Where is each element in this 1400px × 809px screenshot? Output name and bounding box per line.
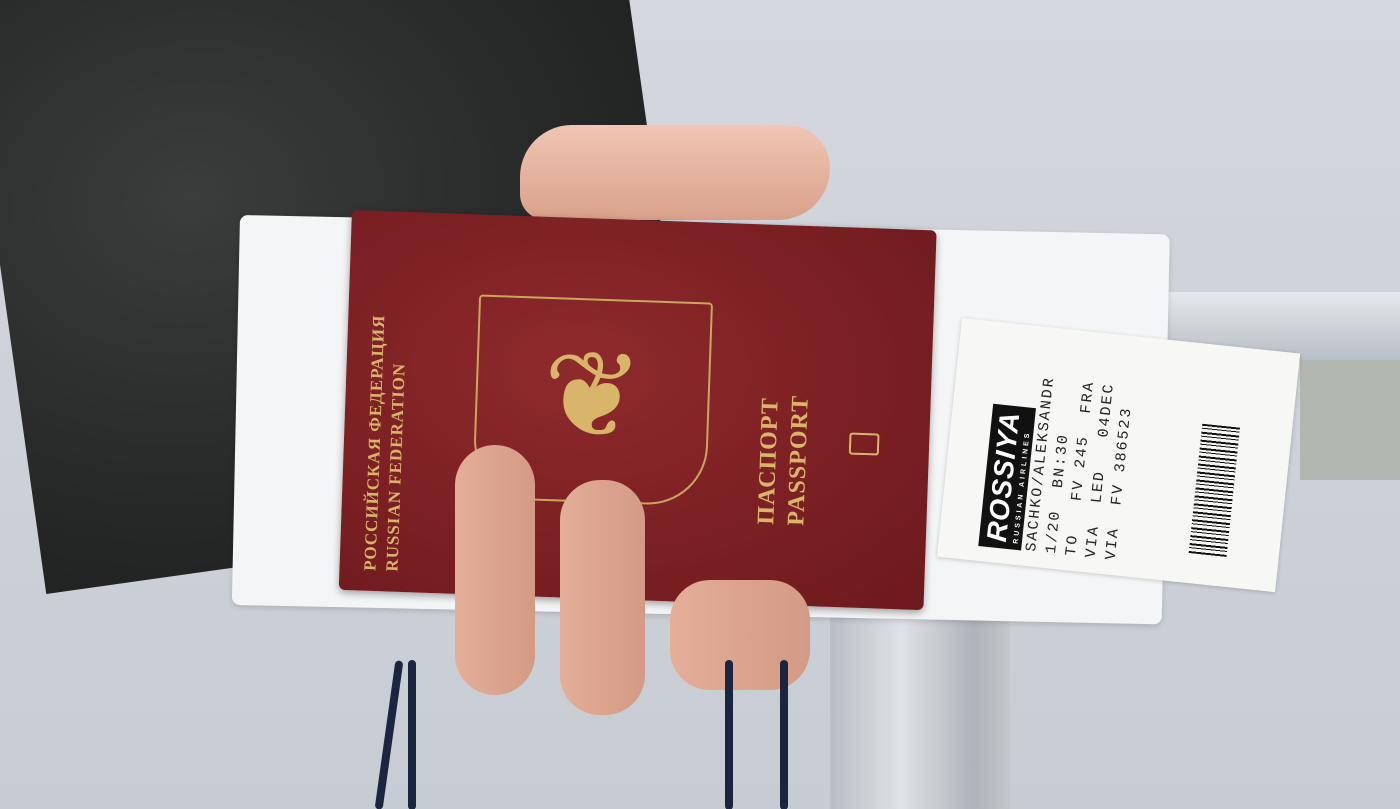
ring-finger [670,580,810,690]
middle-finger [560,480,645,715]
lanyard-strap [780,660,788,809]
thumb [520,125,830,220]
lanyard-strap [725,660,733,809]
double-headed-eagle-icon: ❦ [515,318,670,473]
passport-title: ПАСПОРТ PASSPORT [751,393,816,526]
barcode [1189,424,1240,557]
baggage-tag-content: ROSSIYA RUSSIAN AIRLINES SACHKO/ALEKSAND… [978,327,1144,561]
lanyard-strap [375,660,404,809]
passport-country: РОССИЙСКАЯ ФЕДЕРАЦИЯ RUSSIAN FEDERATION [359,314,412,572]
photo-scene: РОССИЙСКАЯ ФЕДЕРАЦИЯ RUSSIAN FEDERATION … [0,0,1400,809]
biometric-chip-icon [849,432,880,455]
background-pillar [830,600,1010,809]
baggage-tag-lines: SACHKO/ALEKSANDR 1/20 BN:30 TO FV 245 FR… [1022,332,1144,561]
passport-title-en: PASSPORT [781,395,816,527]
lanyard-strap [408,660,416,809]
passport-title-ru: ПАСПОРТ [751,393,786,525]
baggage-tag: ROSSIYA RUSSIAN AIRLINES SACHKO/ALEKSAND… [937,318,1300,592]
index-finger [455,445,535,695]
background-wall-detail [1300,360,1400,480]
